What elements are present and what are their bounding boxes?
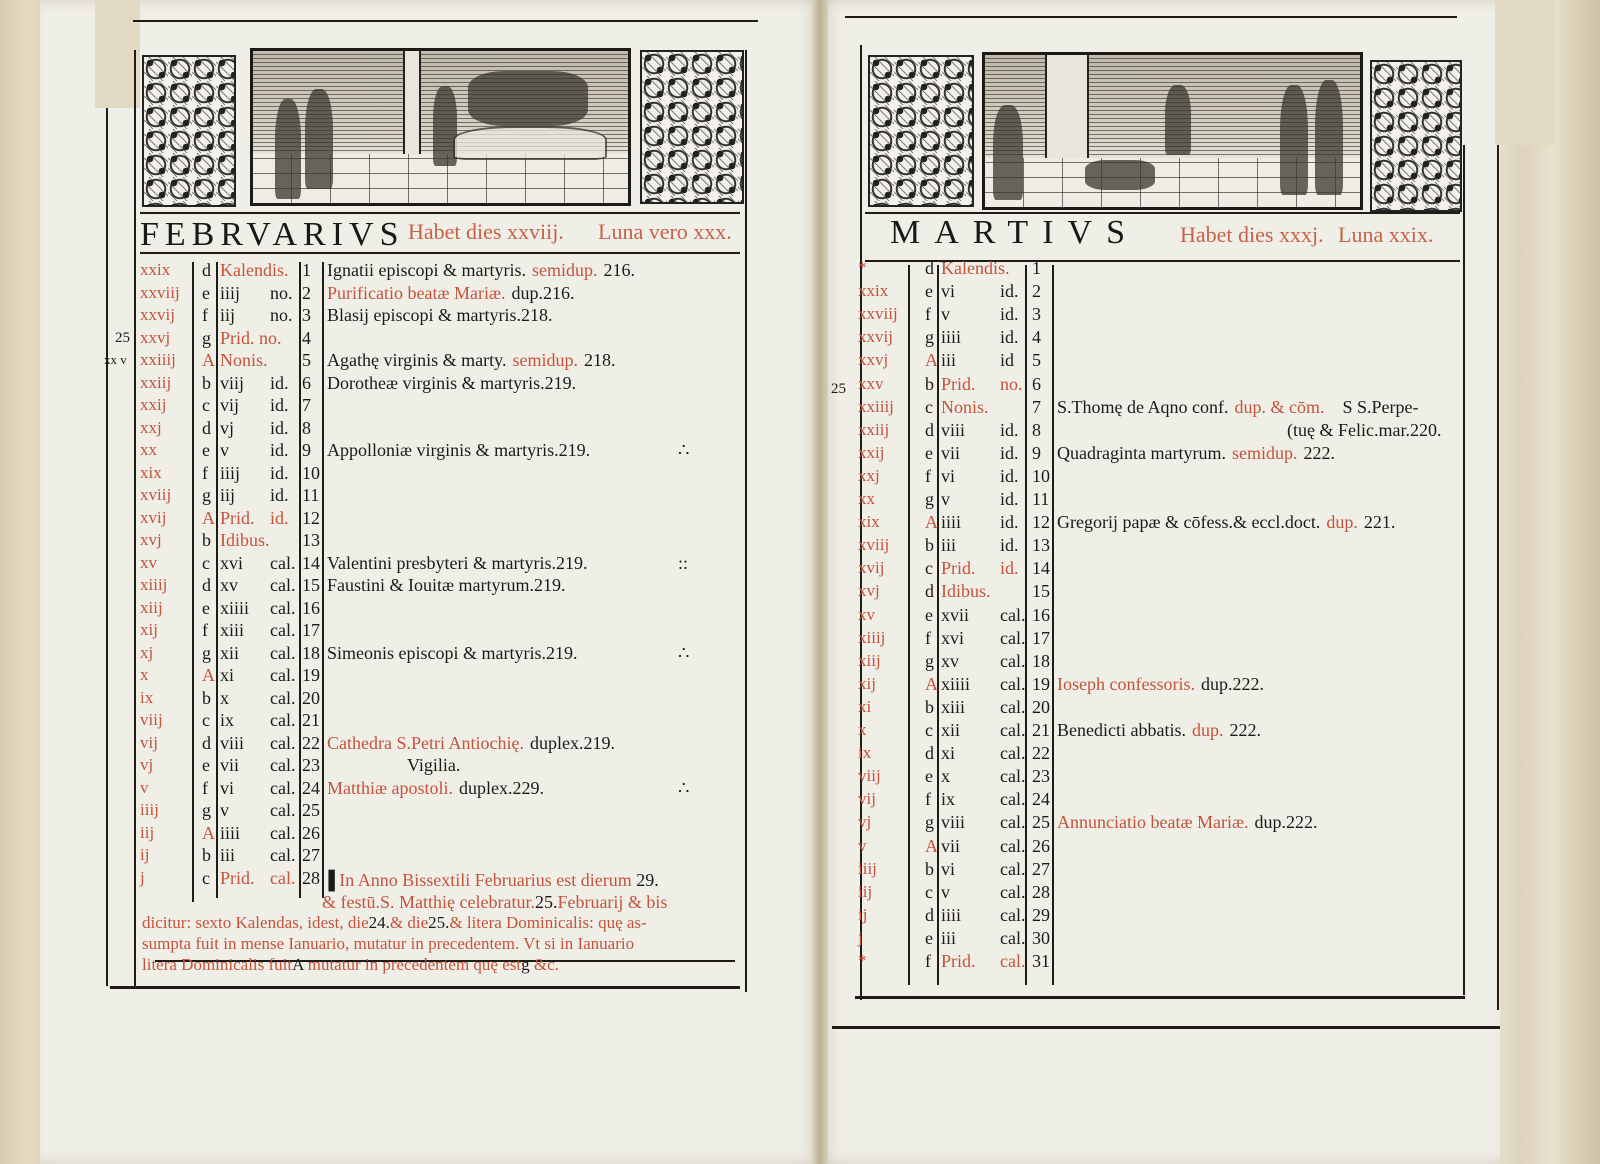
date-abbreviation: id. [270, 439, 289, 461]
feast-entry: Benedicti abbatis.dup.222. [1057, 719, 1261, 741]
page-reference: 216. [603, 260, 635, 280]
feast-name: Blasij episcopi & martyris.218. [327, 305, 552, 325]
leap-note-line3: dicitur: sexto Kalendas, idest, die24.& … [142, 913, 647, 933]
epact-number: iij [140, 822, 154, 844]
dominical-letter: d [202, 574, 211, 596]
roman-date: v [941, 881, 950, 903]
roman-date: vii [941, 835, 960, 857]
roman-date: iii [941, 534, 956, 556]
roman-date: Prid. [941, 373, 976, 395]
dominical-letter: b [925, 373, 934, 395]
dominical-letter: d [202, 732, 211, 754]
epact-number: vij [140, 732, 158, 754]
roman-date: iiij [220, 282, 240, 304]
ornamental-panel-left [868, 55, 974, 207]
epact-number: xxvij [140, 304, 175, 326]
dominical-letter: e [202, 597, 210, 619]
feast-rank: dup.216. [511, 283, 574, 303]
dominical-letter: e [202, 754, 210, 776]
roman-date: viij [220, 372, 244, 394]
dominical-letter: A [925, 673, 938, 695]
roman-date: v [941, 303, 950, 325]
day-number: 2 [1032, 280, 1041, 302]
roman-date: ix [941, 788, 955, 810]
epact-number: xiiij [858, 627, 885, 649]
epact-number: xviij [140, 484, 171, 506]
roman-date: Prid. [220, 507, 255, 529]
day-number: 9 [1032, 442, 1041, 464]
dominical-letter: b [202, 687, 211, 709]
date-abbreviation: cal. [270, 619, 295, 641]
dominical-letter: b [925, 858, 934, 880]
dominical-letter: c [925, 396, 933, 418]
roman-date: vi [220, 777, 234, 799]
epact-number: xxiij [140, 372, 171, 394]
day-number: 6 [1032, 373, 1041, 395]
date-abbreviation: id. [1000, 303, 1019, 325]
date-abbreviation: cal. [270, 597, 295, 619]
dominical-letter: c [202, 394, 210, 416]
day-number: 10 [1032, 465, 1050, 487]
day-number: 4 [1032, 326, 1041, 348]
feast-name: Valentini presbyteri & martyris.219. [327, 553, 587, 573]
day-number: 19 [302, 664, 320, 686]
dominical-letter: f [925, 788, 931, 810]
epact-number: iiij [858, 858, 877, 880]
day-number: 21 [302, 709, 320, 731]
dominical-letter: c [202, 709, 210, 731]
dominical-letter: b [202, 844, 211, 866]
epact-number: xxiij [858, 419, 889, 441]
day-number: 8 [302, 417, 311, 439]
date-abbreviation: id. [270, 417, 289, 439]
printer-mark: :: [678, 552, 688, 574]
day-number: 17 [1032, 627, 1050, 649]
date-abbreviation: cal. [270, 664, 295, 686]
roman-date: xv [941, 650, 959, 672]
day-number: 25 [302, 799, 320, 821]
feast-entry: Valentini presbyteri & martyris.219. [327, 552, 587, 574]
dominical-letter: f [925, 465, 931, 487]
date-abbreviation: id. [270, 507, 289, 529]
epact-number: xvij [140, 507, 166, 529]
dominical-letter: d [202, 417, 211, 439]
feast-rank: dup.222. [1201, 674, 1264, 694]
feast-entry: Appolloniæ virginis & martyris.219. [327, 439, 590, 461]
column-divider [908, 265, 910, 985]
day-number: 8 [1032, 419, 1041, 441]
margin-note: xx v [104, 352, 127, 368]
dominical-letter: e [202, 282, 210, 304]
date-abbreviation: cal. [270, 552, 295, 574]
dominical-letter: d [925, 580, 934, 602]
roman-date: iiii [941, 904, 961, 926]
roman-date: v [220, 439, 229, 461]
leap-note-line2: & festū.S. Matthię celebratur.25.Februar… [322, 892, 667, 913]
roman-date: v [941, 488, 950, 510]
day-number: 17 [302, 619, 320, 641]
feast-entry: Gregorij papæ & cōfess.& eccl.doct.dup.2… [1057, 511, 1395, 533]
day-number: 6 [302, 372, 311, 394]
day-number: 24 [302, 777, 320, 799]
luna-label: Luna vero xxx. [598, 219, 732, 245]
bottom-rule [110, 986, 740, 989]
feast-name: Quadraginta martyrum. [1057, 443, 1226, 463]
epact-number: xxviij [858, 303, 898, 325]
page-reference: 221. [1364, 512, 1396, 532]
date-abbreviation: cal. [1000, 811, 1025, 833]
feast-commemoration: S S.Perpe- [1342, 397, 1418, 417]
feast-name: Gregorij papæ & cōfess.& eccl.doct. [1057, 512, 1320, 532]
epact-number: xix [858, 511, 880, 533]
epact-number: xxiiij [140, 349, 176, 371]
date-abbreviation: id. [1000, 488, 1019, 510]
roman-date: xii [941, 719, 960, 741]
date-abbreviation: cal. [270, 822, 295, 844]
day-number: 20 [1032, 696, 1050, 718]
roman-date: xvi [941, 627, 964, 649]
roman-date: v [220, 799, 229, 821]
date-abbreviation: id. [1000, 465, 1019, 487]
roman-date: viii [941, 419, 965, 441]
roman-date: iij [220, 484, 235, 506]
feast-name: Ioseph confessoris. [1057, 674, 1195, 694]
day-number: 24 [1032, 788, 1050, 810]
date-abbreviation: cal. [1000, 904, 1025, 926]
day-number: 19 [1032, 673, 1050, 695]
feast-name: Benedicti abbatis. [1057, 720, 1186, 740]
day-number: 30 [1032, 927, 1050, 949]
dominical-letter: d [202, 259, 211, 281]
day-number: 15 [1032, 580, 1050, 602]
outer-frame-right [1497, 145, 1499, 1010]
feast-entry: Quadraginta martyrum.semidup.222. [1057, 442, 1335, 464]
dominical-letter: f [925, 303, 931, 325]
dominical-letter: e [925, 280, 933, 302]
feast-name: Simeonis episcopi & martyris.219. [327, 643, 577, 663]
day-number: 28 [1032, 881, 1050, 903]
epact-number: v [140, 777, 149, 799]
dominical-letter: A [925, 511, 938, 533]
feast-rank: dup. [1326, 512, 1358, 532]
bottom-rule-inner [855, 996, 1465, 999]
day-number: 21 [1032, 719, 1050, 741]
epact-number: xi [858, 696, 871, 718]
day-number: 22 [1032, 742, 1050, 764]
day-number: 10 [302, 462, 320, 484]
dominical-letter: g [202, 799, 211, 821]
epact-number: xxj [858, 465, 880, 487]
date-abbreviation: cal. [270, 799, 295, 821]
day-number: 3 [302, 304, 311, 326]
feast-continuation: (tuę & Felic.mar.220. [1287, 419, 1441, 441]
dominical-letter: b [202, 372, 211, 394]
roman-date: viii [941, 811, 965, 833]
day-number: 27 [302, 844, 320, 866]
epact-number: vj [140, 754, 153, 776]
day-number: 13 [302, 529, 320, 551]
dominical-letter: d [925, 419, 934, 441]
roman-date: Idibus. [220, 529, 270, 551]
dominical-letter: f [925, 950, 931, 972]
feast-name: Purificatio beatæ Mariæ. [327, 283, 505, 303]
roman-date: iiij [220, 462, 240, 484]
feast-name: Agathę virginis & marty. [327, 350, 506, 370]
roman-date: x [220, 687, 229, 709]
roman-date: xi [220, 664, 234, 686]
margin-note: 25 [831, 381, 846, 398]
epact-number: xx [858, 488, 875, 510]
date-abbreviation: cal. [270, 732, 295, 754]
epact-number: x [858, 719, 867, 741]
epact-number: viij [140, 709, 163, 731]
date-abbreviation: id. [1000, 534, 1019, 556]
date-abbreviation: id. [1000, 511, 1019, 533]
feast-entry: Annunciatio beatæ Mariæ.dup.222. [1057, 811, 1317, 833]
roman-date: vij [220, 394, 239, 416]
dominical-letter: d [925, 742, 934, 764]
inner-frame-right [1463, 145, 1465, 995]
date-abbreviation: cal. [1000, 788, 1025, 810]
epact-number: ix [858, 742, 871, 764]
epact-number: xij [140, 619, 158, 641]
day-number: 9 [302, 439, 311, 461]
epact-number: ix [140, 687, 153, 709]
ornamental-panel-right [1370, 60, 1462, 212]
day-number: 18 [302, 642, 320, 664]
roman-date: xiiii [941, 673, 970, 695]
day-number: 1 [1032, 257, 1041, 279]
day-number: 12 [1032, 511, 1050, 533]
month-title-februarius: FEBRVARIVS [140, 216, 405, 254]
feast-rank: dup. [1192, 720, 1224, 740]
date-abbreviation: cal. [1000, 696, 1025, 718]
roman-date: iiii [941, 326, 961, 348]
epact-number: * [858, 950, 867, 972]
feast-name: S.Thomę de Aqno conf. [1057, 397, 1228, 417]
day-number: 7 [302, 394, 311, 416]
feast-rank: duplex.229. [459, 778, 544, 798]
day-number: 31 [1032, 950, 1050, 972]
roman-date: viii [220, 732, 244, 754]
roman-date: Prid. [941, 950, 976, 972]
dominical-letter: b [202, 529, 211, 551]
day-number: 29 [1032, 904, 1050, 926]
ornamental-panel-right [640, 50, 744, 204]
day-number: 20 [302, 687, 320, 709]
date-abbreviation: no. [1000, 373, 1023, 395]
date-abbreviation: no. [270, 304, 293, 326]
epact-number: xx [140, 439, 157, 461]
date-abbreviation: cal. [1000, 950, 1025, 972]
dominical-letter: f [202, 462, 208, 484]
epact-number: xxix [140, 259, 170, 281]
date-abbreviation: cal. [270, 687, 295, 709]
day-number: 16 [1032, 604, 1050, 626]
feast-entry: Dorotheæ virginis & martyris.219. [327, 372, 576, 394]
date-abbreviation: cal. [270, 867, 295, 889]
roman-date: xvi [220, 552, 243, 574]
epact-number: xj [140, 642, 153, 664]
days-count-label: Habet dies xxxj. [1180, 222, 1324, 248]
day-number: 14 [1032, 557, 1050, 579]
date-abbreviation: id. [1000, 442, 1019, 464]
date-abbreviation: cal. [1000, 765, 1025, 787]
day-number: 5 [302, 349, 311, 371]
roman-date: Kalendis. [220, 259, 288, 281]
roman-date: xvii [941, 604, 969, 626]
roman-date: Kalendis. [941, 257, 1009, 279]
dominical-letter: e [202, 439, 210, 461]
roman-date: Nonis. [220, 349, 268, 371]
feast-rank: dup.222. [1254, 812, 1317, 832]
date-abbreviation: id [1000, 349, 1014, 371]
printer-mark: ∴ [678, 777, 689, 799]
dominical-letter: d [925, 257, 934, 279]
feast-rank: semidup. [1232, 443, 1298, 463]
epact-number: xij [858, 673, 876, 695]
dominical-letter: g [202, 484, 211, 506]
date-abbreviation: cal. [1000, 835, 1025, 857]
epact-number: xxviij [140, 282, 180, 304]
feast-name: Dorotheæ virginis & martyris.219. [327, 373, 576, 393]
feast-name: Annunciatio beatæ Mariæ. [1057, 812, 1248, 832]
roman-date: vi [941, 858, 955, 880]
epact-number: j [140, 867, 145, 889]
day-number: 5 [1032, 349, 1041, 371]
dominical-letter: g [202, 642, 211, 664]
feast-entry: S.Thomę de Aqno conf.dup. & cōm.S S.Perp… [1057, 396, 1418, 418]
feast-name: Appolloniæ virginis & martyris.219. [327, 440, 590, 460]
date-abbreviation: cal. [1000, 927, 1025, 949]
roman-date: Prid. no. [220, 327, 282, 349]
roman-date: vii [220, 754, 239, 776]
roman-date: xiiii [220, 597, 249, 619]
dominical-letter: g [202, 327, 211, 349]
feast-rank: semidup. [512, 350, 578, 370]
roman-date: vi [941, 465, 955, 487]
epact-number: xix [140, 462, 162, 484]
column-divider [192, 262, 194, 902]
date-abbreviation: cal. [270, 777, 295, 799]
margin-note: 25 [115, 330, 130, 347]
day-number: 27 [1032, 858, 1050, 880]
column-divider [1052, 265, 1054, 985]
epact-number: xvj [858, 580, 880, 602]
dominical-letter: e [925, 604, 933, 626]
date-abbreviation: id. [270, 462, 289, 484]
date-abbreviation: cal. [1000, 742, 1025, 764]
date-abbreviation: cal. [1000, 673, 1025, 695]
date-abbreviation: cal. [1000, 650, 1025, 672]
roman-date: iii [220, 844, 235, 866]
feast-entry: Ioseph confessoris.dup.222. [1057, 673, 1264, 695]
epact-number: xxij [140, 394, 166, 416]
roman-date: iiii [941, 511, 961, 533]
roman-date: iii [941, 349, 956, 371]
epact-number: xvij [858, 557, 884, 579]
date-abbreviation: id. [270, 484, 289, 506]
feast-name: Faustini & Iouitæ martyrum.219. [327, 575, 566, 595]
dominical-letter: c [202, 867, 210, 889]
feast-name: Cathedra S.Petri Antiochię. [327, 733, 524, 753]
column-divider [299, 262, 301, 898]
day-number: 7 [1032, 396, 1041, 418]
dominical-letter: g [925, 488, 934, 510]
feast-name: Ignatii episcopi & martyris. [327, 260, 526, 280]
epact-number: xxv [858, 373, 884, 395]
day-number: 28 [302, 867, 320, 889]
inner-frame-left [134, 50, 136, 988]
dominical-letter: A [202, 349, 215, 371]
dominical-letter: A [925, 349, 938, 371]
day-number: 22 [302, 732, 320, 754]
feast-entry: Vigilia. [407, 754, 460, 776]
feast-entry: Purificatio beatæ Mariæ.dup.216. [327, 282, 574, 304]
date-abbreviation: no. [270, 282, 293, 304]
day-number: 16 [302, 597, 320, 619]
date-abbreviation: cal. [270, 642, 295, 664]
roman-date: x [941, 765, 950, 787]
date-abbreviation: cal. [1000, 627, 1025, 649]
date-abbreviation: id. [1000, 280, 1019, 302]
day-number: 14 [302, 552, 320, 574]
woodcut-banquet-scene [250, 48, 631, 206]
dominical-letter: A [202, 507, 215, 529]
dominical-letter: f [202, 777, 208, 799]
woodcut-street-scene [982, 52, 1363, 210]
epact-number: j [858, 927, 863, 949]
epact-number: xxiiij [858, 396, 894, 418]
epact-number: xiij [140, 597, 163, 619]
feast-entry: Blasij episcopi & martyris.218. [327, 304, 552, 326]
dominical-letter: b [925, 696, 934, 718]
feast-rank: duplex.219. [530, 733, 615, 753]
epact-number: vij [858, 788, 876, 810]
epact-number: iiij [140, 799, 159, 821]
epact-number: xxix [858, 280, 888, 302]
day-number: 15 [302, 574, 320, 596]
day-number: 12 [302, 507, 320, 529]
roman-date: xv [220, 574, 238, 596]
page-reference: 218. [584, 350, 616, 370]
day-number: 2 [302, 282, 311, 304]
ornamental-panel-left [142, 55, 236, 207]
day-number: 23 [302, 754, 320, 776]
column-divider [216, 262, 218, 898]
day-number: 13 [1032, 534, 1050, 556]
dominical-letter: g [925, 326, 934, 348]
feast-rank: dup. & cōm. [1234, 397, 1324, 417]
roman-date: xii [220, 642, 239, 664]
pilcrow-icon: ▐ [322, 870, 335, 890]
feast-entry: Matthiæ apostoli.duplex.229. [327, 777, 544, 799]
epact-number: xxvj [140, 327, 170, 349]
printer-mark: ∴ [678, 642, 689, 664]
day-number: 18 [1032, 650, 1050, 672]
page-reference: 222. [1229, 720, 1261, 740]
day-number: 25 [1032, 811, 1050, 833]
feast-entry: Agathę virginis & marty.semidup.218. [327, 349, 615, 371]
dominical-letter: A [202, 664, 215, 686]
dominical-letter: d [925, 904, 934, 926]
date-abbreviation: cal. [270, 709, 295, 731]
roman-date: iiii [220, 822, 240, 844]
date-abbreviation: cal. [1000, 858, 1025, 880]
luna-label: Luna xxix. [1338, 222, 1433, 248]
day-number: 11 [302, 484, 319, 506]
dominical-letter: b [925, 534, 934, 556]
